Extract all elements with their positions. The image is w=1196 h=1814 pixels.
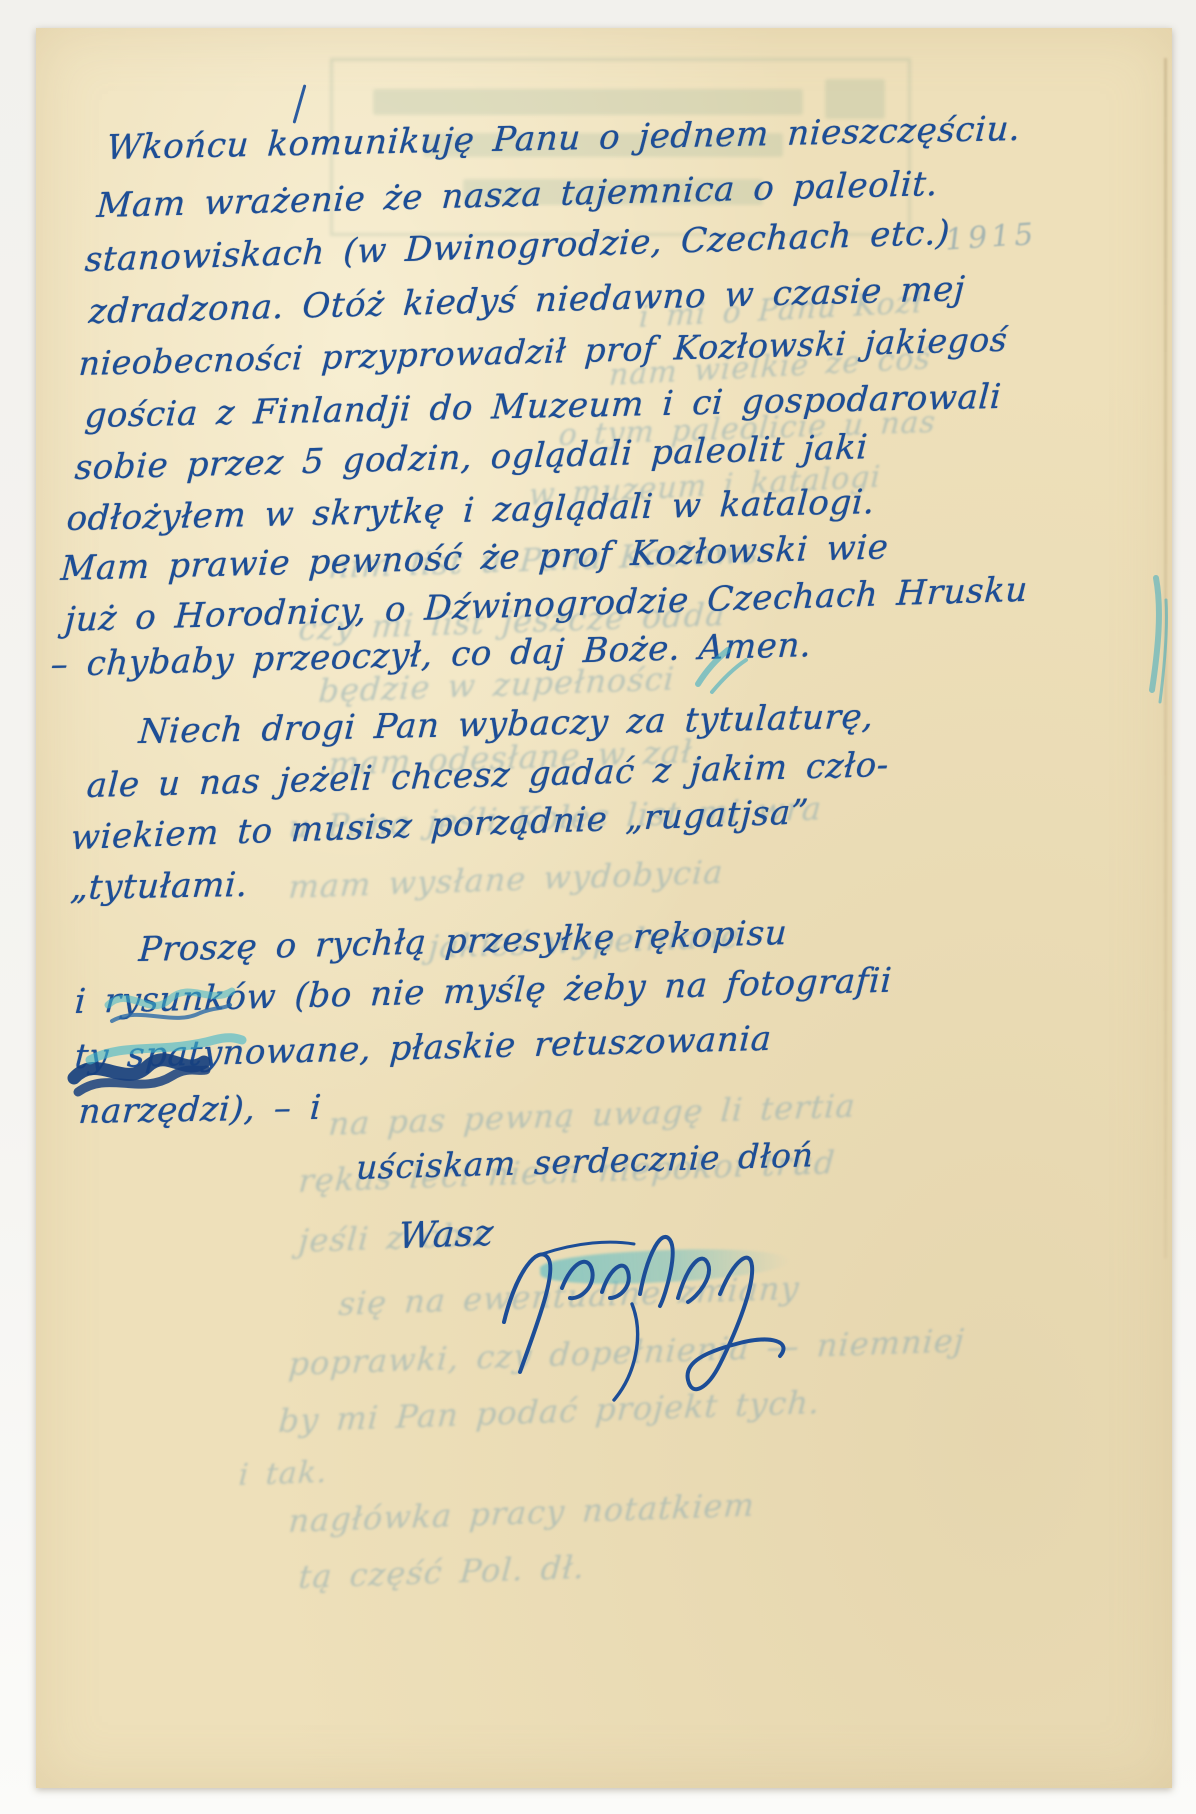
letter-line: „tytułami. <box>69 865 249 908</box>
faint-year-note: 1915 <box>944 217 1039 258</box>
ink-blot-scribble <box>64 1026 254 1106</box>
teal-smudge-edge <box>1142 570 1176 710</box>
scanned-letter-page: { "document": { "kind": "handwritten let… <box>0 0 1196 1814</box>
teal-smudge-amen <box>688 640 758 700</box>
bleedthrough-fragment: i tak. <box>238 1455 329 1493</box>
signoff-wasz: Wasz <box>397 1213 495 1257</box>
signature-flourish <box>482 1202 822 1417</box>
